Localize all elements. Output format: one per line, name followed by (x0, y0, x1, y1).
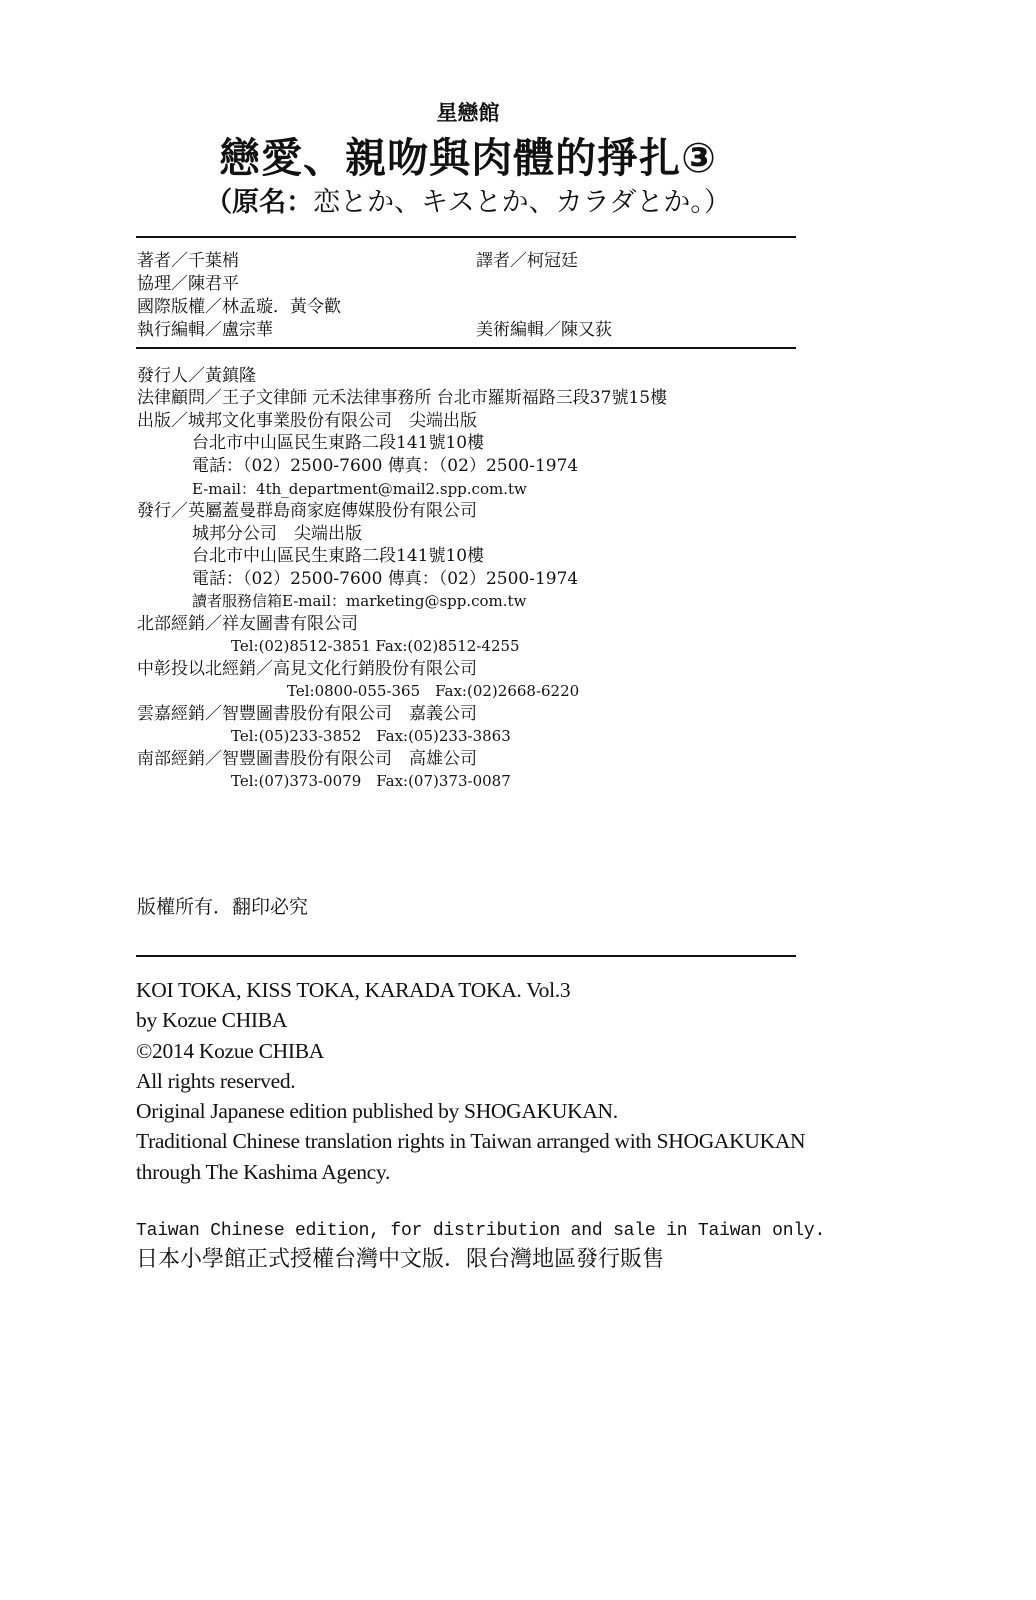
copyright-notice-cn: 版權所有．翻印必究 (137, 894, 308, 920)
divider-credits (136, 347, 796, 349)
distributor-address: 台北市中山區民生東路二段141號10樓 (192, 545, 484, 568)
book-title: 戀愛、親吻與肉體的掙扎③ (0, 132, 936, 184)
legal-counsel: 法律顧問／王子文律師 元禾法律事務所 台北市羅斯福路三段37號15樓 (137, 387, 667, 410)
regional-distributor-north-contact: Tel:(02)8512-3851 Fax:(02)8512-4255 (231, 635, 520, 658)
credit-art-editor: 美術編輯／陳又荻 (476, 319, 612, 341)
distributor-phone: 電話：（02）2500-7600 傳真：（02）2500-1974 (192, 568, 578, 591)
credit-translator: 譯者／柯冠廷 (476, 250, 578, 272)
credit-executive-editor: 執行編輯／盧宗華 (137, 319, 273, 341)
regional-distributor-north: 北部經銷／祥友圖書有限公司 (137, 613, 358, 636)
original-title: （原名：恋とか、キスとか、カラダとか。） (0, 184, 936, 222)
distributor-branch: 城邦分公司 尖端出版 (192, 523, 362, 546)
credit-international-rights: 國際版權／林孟璇．黃令歡 (137, 296, 341, 318)
reader-service-email: 讀者服務信箱E-mail：marketing@spp.com.tw (192, 590, 526, 613)
credit-assistant: 協理／陳君平 (137, 273, 239, 295)
english-rights-line: through The Kashima Agency. (136, 1157, 390, 1187)
english-rights-line: KOI TOKA, KISS TOKA, KARADA TOKA. Vol.3 (136, 975, 570, 1005)
distributor: 發行／英屬蓋曼群島商家庭傳媒股份有限公司 (137, 500, 477, 523)
credit-author: 著者／千葉梢 (137, 250, 239, 272)
issuer: 發行人／黃鎮隆 (137, 365, 256, 388)
regional-distributor-central: 中彰投以北經銷／高見文化行銷股份有限公司 (137, 658, 477, 681)
regional-distributor-south-contact: Tel:(07)373-0079 Fax:(07)373-0087 (231, 770, 511, 793)
distribution-notice-chinese: 日本小學館正式授權台灣中文版．限台灣地區發行販售 (136, 1245, 664, 1275)
publisher-address: 台北市中山區民生東路二段141號10樓 (192, 432, 484, 455)
english-rights-line: by Kozue CHIBA (136, 1005, 287, 1035)
regional-distributor-yunjia-contact: Tel:(05)233-3852 Fax:(05)233-3863 (231, 725, 511, 748)
distribution-notice-english: Taiwan Chinese edition, for distribution… (136, 1218, 825, 1244)
regional-distributor-yunjia: 雲嘉經銷／智豐圖書股份有限公司 嘉義公司 (137, 703, 477, 726)
divider-top (136, 236, 796, 238)
regional-distributor-central-contact: Tel:0800-055-365 Fax:(02)2668-6220 (287, 680, 579, 703)
original-title-text: 恋とか、キスとか、カラダとか。） (313, 187, 731, 218)
english-rights-line: All rights reserved. (136, 1066, 295, 1096)
publisher: 出版／城邦文化事業股份有限公司 尖端出版 (137, 410, 477, 433)
publisher-email: E-mail：4th_department@mail2.spp.com.tw (192, 478, 527, 501)
english-rights-line: ©2014 Kozue CHIBA (136, 1036, 324, 1066)
english-rights-line: Traditional Chinese translation rights i… (136, 1126, 805, 1156)
english-rights-line: Original Japanese edition published by S… (136, 1096, 618, 1126)
publisher-label: 星戀館 (0, 98, 936, 128)
original-title-prefix: （原名： (205, 187, 313, 218)
regional-distributor-south: 南部經銷／智豐圖書股份有限公司 高雄公司 (137, 748, 477, 771)
divider-bottom (136, 955, 796, 957)
publisher-phone: 電話：（02）2500-7600 傳真：（02）2500-1974 (192, 455, 578, 478)
